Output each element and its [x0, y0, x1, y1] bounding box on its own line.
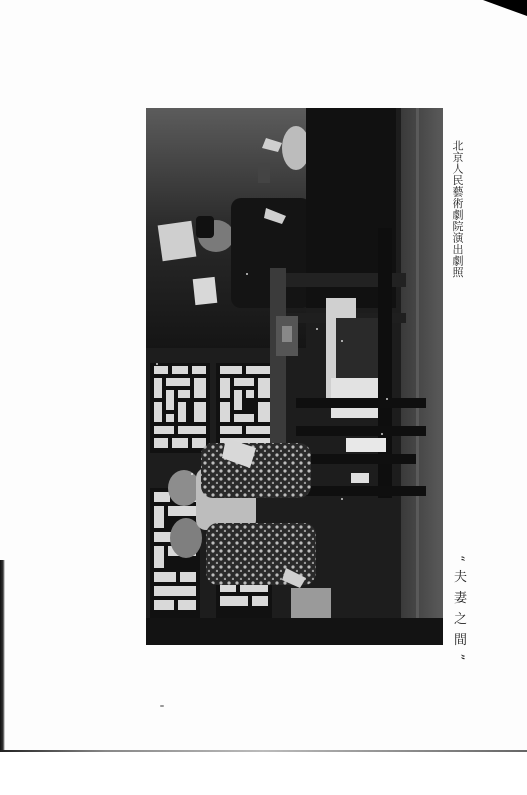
page-edge-bottom: [0, 750, 527, 752]
page-edge-left: [0, 560, 5, 752]
stage-photograph: [146, 108, 443, 645]
photo-credit-caption: 北京人民藝術劇院演出劇照: [449, 140, 465, 278]
scan-speck: [160, 705, 164, 707]
photo-title-caption: “夫妻之間”: [449, 555, 468, 668]
page-corner-shadow: [483, 0, 527, 16]
photo-illustration: [146, 108, 443, 645]
scanned-page: 北京人民藝術劇院演出劇照 “夫妻之間”: [0, 0, 527, 752]
